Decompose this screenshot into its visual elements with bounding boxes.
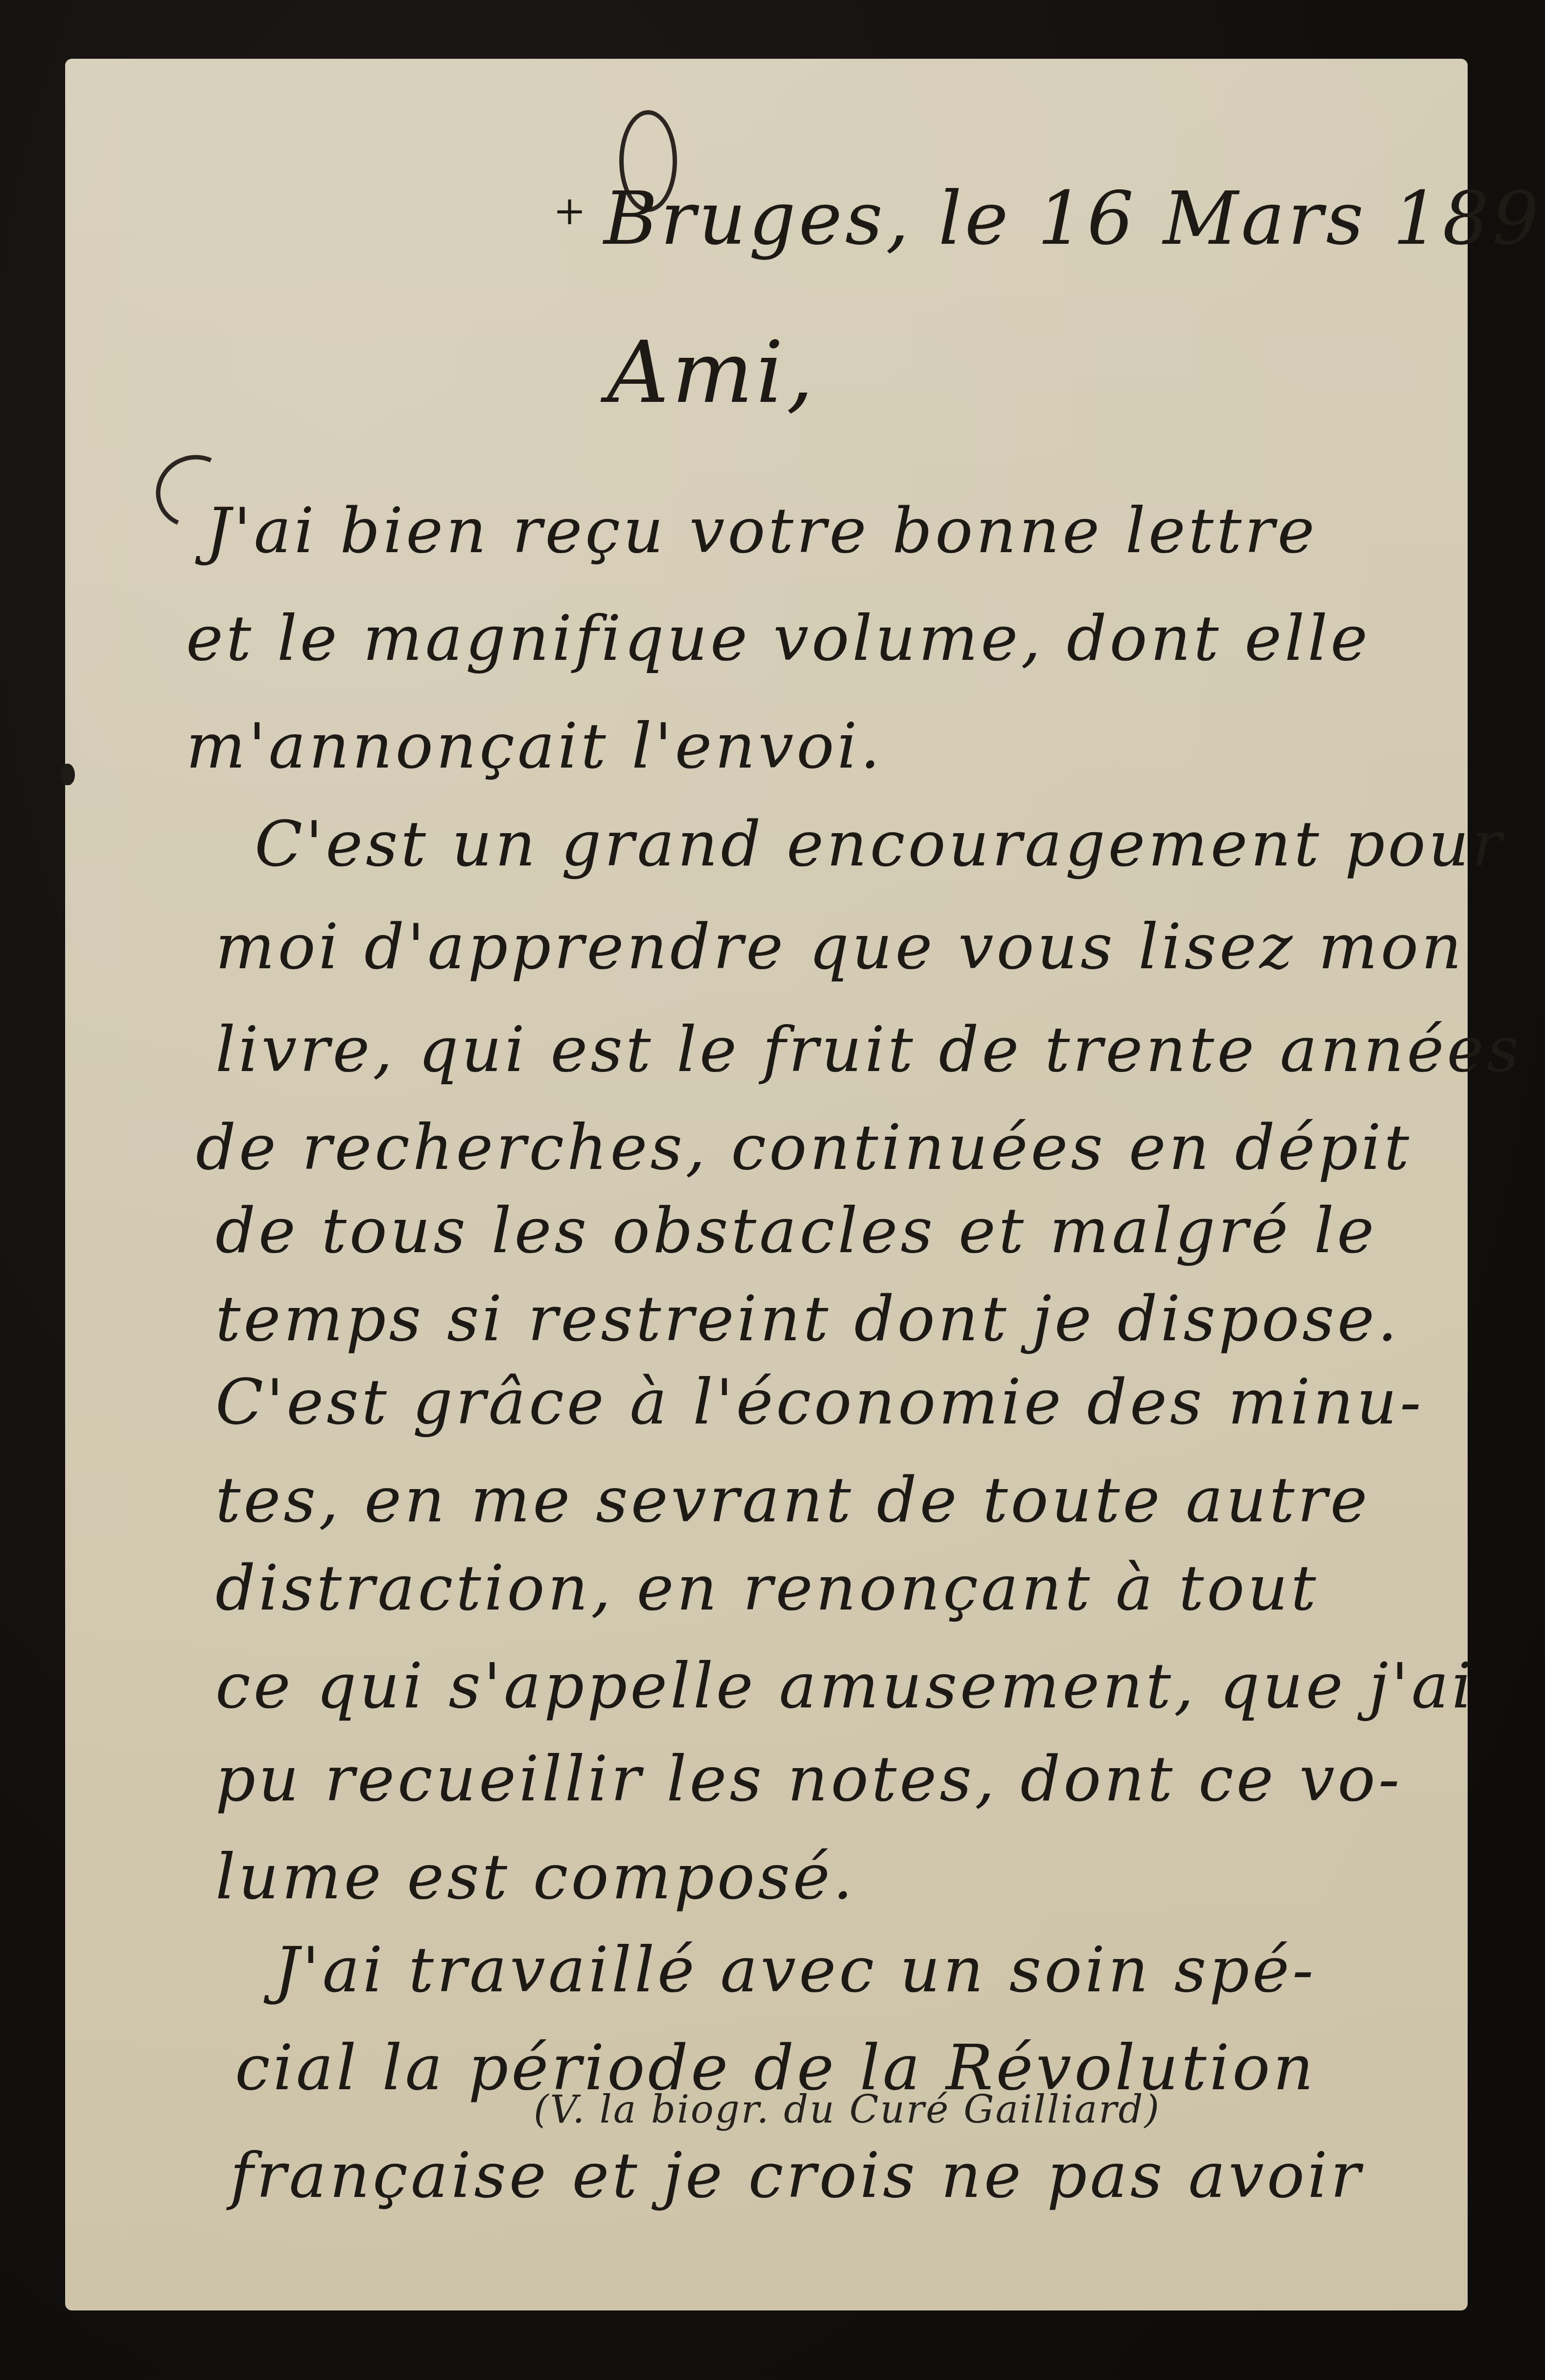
salutation: Ami, [607,323,817,422]
place-date-line: +Bruges, le 16 Mars 1897. [553,176,1545,261]
letter-line: livre, qui est le fruit de trente années [215,1013,1522,1086]
letter-line: de tous les obstacles et malgré le [215,1194,1377,1267]
letter-line: et le magnifique volume, dont elle [186,602,1371,675]
letter-line: ce qui s'appelle amusement, que j'ai [215,1650,1475,1723]
letter-line: lume est composé. [215,1841,856,1913]
ink-blot-mark [61,764,75,785]
letter-line: moi d'apprendre que vous lisez mon [215,910,1465,983]
letter-line: m'annonçait l'envoi. [186,710,883,783]
interlinear-annotation: (V. la biogr. du Curé Gailliard) [534,2088,1161,2132]
letter-line: française et je crois ne pas avoir [230,2139,1363,2212]
letter-line: C'est grâce à l'économie des minu- [215,1366,1424,1439]
letter-line: C'est un grand encouragement pour [255,808,1505,881]
letter-line: tes, en me sevrant de toute autre [215,1464,1370,1537]
letter-line: distraction, en renonçant à tout [215,1552,1319,1625]
letter-line: J'ai travaillé avec un soin spé- [274,1934,1316,2007]
letter-line: J'ai bien reçu votre bonne lettre [206,494,1317,567]
margin-cross-mark: + [553,188,589,233]
letter-line: temps si restreint dont je dispose. [215,1283,1400,1355]
letter-line: de recherches, continuées en dépit [196,1111,1412,1184]
place-date: Bruges, le 16 Mars 1897. [604,176,1545,261]
letter-line: pu recueillir les notes, dont ce vo- [215,1743,1403,1816]
